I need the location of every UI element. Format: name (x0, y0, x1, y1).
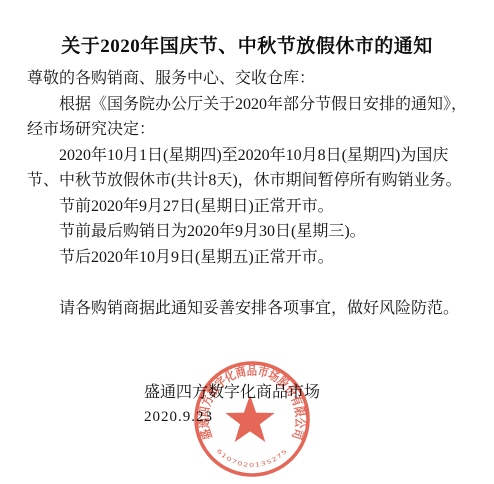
body-line: 节、中秋节放假休市(共计8天)，休市期间暂停所有购销业务。 (27, 168, 472, 194)
body-line: 请各购销商据此通知妥善安排各项事宜，做好风险防范。 (27, 296, 472, 322)
body-line: 经市场研究决定： (27, 117, 472, 143)
body-line: 节前2020年9月27日(星期日)正常开市。 (27, 194, 472, 220)
notice-body: 尊敬的各购销商、服务中心、交收仓库： 根据《国务院办公厅关于2020年部分节假日… (27, 66, 472, 321)
body-line: 节前最后购销日为2020年9月30日(星期三)。 (27, 219, 472, 245)
seal-serial-number: 6107020135275 (215, 448, 289, 469)
body-line: 2020年10月1日(星期四)至2020年10月8日(星期四)为国庆 (27, 143, 472, 169)
body-line: 节后2020年10月9日(星期五)正常开市。 (27, 245, 472, 271)
body-line-blank (27, 270, 472, 296)
notice-title: 关于2020年国庆节、中秋节放假休市的通知 (0, 31, 494, 58)
signature-date: 2020.9.23 (144, 405, 320, 429)
signature-block: 盛通四方数字化商品市场 2020.9.23 (144, 381, 320, 429)
body-line: 根据《国务院办公厅关于2020年部分节假日安排的通知》， (27, 92, 472, 118)
notice-document: 关于2020年国庆节、中秋节放假休市的通知 尊敬的各购销商、服务中心、交收仓库：… (0, 0, 494, 484)
signature-issuer: 盛通四方数字化商品市场 (144, 381, 320, 405)
body-line: 尊敬的各购销商、服务中心、交收仓库： (27, 66, 472, 92)
